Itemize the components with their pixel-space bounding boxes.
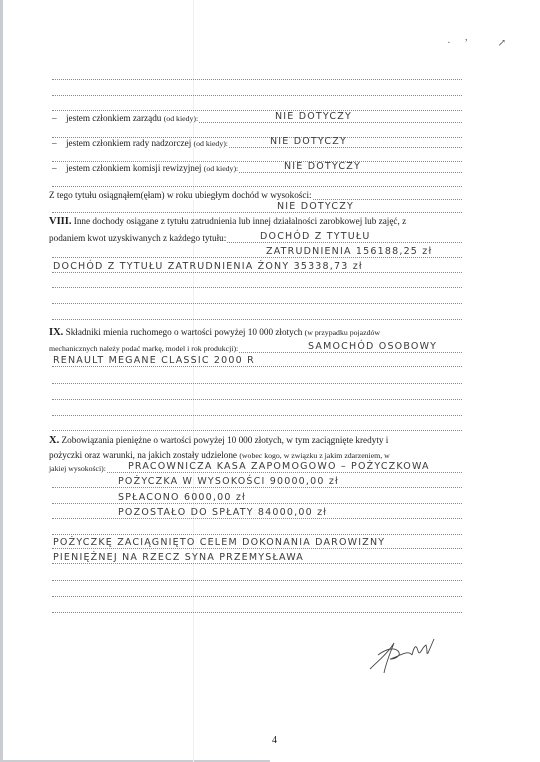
section-viii-text-1: Inne dochody osiągane z tytułu zatrudnie…	[74, 216, 406, 226]
supervisory-membership-row: –jestem członkiem rady nadzorczej (od ki…	[52, 136, 462, 150]
blank-line	[52, 388, 462, 402]
section-x-text-2: pożyczki oraz warunki, na jakich zostały…	[49, 450, 237, 460]
blank-line	[52, 419, 462, 433]
section-x-number: X.	[49, 435, 59, 446]
section-viii-answer-2: ZATRUDNIENIA 156188,25 zł	[266, 245, 432, 259]
section-ix-answer-2: RENAULT MEGANE CLASSIC 2000 R	[53, 354, 255, 368]
income-answer: NIE DOTYCZY	[277, 200, 354, 214]
blank-line	[52, 372, 462, 386]
section-ix-number: IX.	[49, 327, 63, 338]
section-ix-text-1b: (w przypadku pojazdów	[305, 328, 380, 337]
section-x-answer-1: PRACOWNICZA KASA ZAPOMOGOWO – POŻYCZKOWA	[128, 460, 430, 474]
section-viii-row-1: podaniem kwot uzyskiwanych z każdego tyt…	[52, 231, 462, 245]
income-label: Z tego tytułu osiągnąłem(ęłam) w roku ub…	[49, 190, 313, 200]
blank-line	[52, 276, 462, 290]
section-x-row-5: POŻYCZKĘ ZACIĄGNIĘTO CELEM DOKONANIA DAR…	[52, 537, 462, 551]
blank-line	[52, 569, 462, 583]
board-answer: NIE DOTYCZY	[275, 110, 352, 124]
blank-line	[52, 68, 462, 82]
blank-line	[52, 292, 462, 306]
section-x-text-2-small: (wobec kogo, w związku z jakim zdarzenie…	[239, 451, 389, 460]
section-x-answer-5: POŻYCZKĘ ZACIĄGNIĘTO CELEM DOKONANIA DAR…	[53, 536, 385, 550]
audit-note: (od kiedy):	[204, 164, 238, 173]
section-ix-answer-1: SAMOCHÓD OSOBOWY	[308, 340, 437, 354]
blank-line	[52, 585, 462, 599]
section-x-row-2: POŻYCZKA W WYSOKOŚCI 90000,00 zł	[52, 476, 462, 490]
blank-line	[52, 404, 462, 418]
audit-label: jestem członkiem komisji rewizyjnej	[66, 163, 201, 173]
blank-line	[52, 84, 462, 98]
section-viii-answer-1: DOCHÓD Z TYTUŁU	[260, 230, 371, 244]
section-ix-row-1: mechanicznych należy podać markę, model …	[52, 341, 462, 355]
section-x-row-3: SPŁACONO 6000,00 zł	[52, 492, 462, 506]
blank-line	[52, 523, 462, 537]
section-x-row-4: POZOSTAŁO DO SPŁATY 84000,00 zł	[52, 507, 462, 521]
income-answer-row: NIE DOTYCZY	[52, 201, 462, 215]
section-x-answer-2: POŻYCZKA W WYSOKOŚCI 90000,00 zł	[118, 475, 339, 489]
section-ix-heading: IX. Składniki mienia ruchomego o wartośc…	[49, 326, 459, 340]
section-x-row-1: jakiej wysokości): PRACOWNICZA KASA ZAPO…	[52, 461, 462, 475]
signature	[368, 633, 448, 673]
board-note: (od kiedy):	[164, 114, 198, 123]
section-ix-text-1: Składniki mienia ruchomego o wartości po…	[66, 327, 303, 337]
section-x-answer-4: POZOSTAŁO DO SPŁATY 84000,00 zł	[118, 506, 327, 520]
section-x-answer-3: SPŁACONO 6000,00 zł	[118, 491, 246, 505]
board-membership-row: –jestem członkiem zarządu (od kiedy): NI…	[52, 111, 462, 125]
blank-line	[52, 308, 462, 322]
audit-answer: NIE DOTYCZY	[284, 160, 361, 174]
income-row: Z tego tytułu osiągnąłem(ęłam) w roku ub…	[52, 188, 462, 202]
section-x-row-6: PIENIĘŻNEJ NA RZECZ SYNA PRZEMYSŁAWA	[52, 552, 462, 566]
section-viii-row-2: ZATRUDNIENIA 156188,25 zł	[52, 246, 462, 260]
section-x-answer-6: PIENIĘŻNEJ NA RZECZ SYNA PRZEMYSŁAWA	[53, 551, 304, 565]
section-x-heading: X. Zobowiązania pieniężne o wartości pow…	[49, 434, 459, 448]
section-ix-row-2: RENAULT MEGANE CLASSIC 2000 R	[52, 355, 462, 369]
section-viii-text-2: podaniem kwot uzyskiwanych z każdego tyt…	[49, 233, 227, 243]
section-ix-text-2: mechanicznych należy podać markę, model …	[49, 344, 239, 353]
section-viii-number: VIII.	[49, 216, 71, 227]
section-x-text-3: jakiej wysokości):	[49, 464, 107, 473]
section-viii-answer-3: DOCHÓD Z TYTUŁU ZATRUDNIENIA ŻONY 35338,…	[53, 260, 363, 274]
scan-edge-left	[0, 0, 3, 762]
supervisory-note: (od kiedy):	[194, 139, 228, 148]
section-viii-row-3: DOCHÓD Z TYTUŁU ZATRUDNIENIA ŻONY 35338,…	[52, 261, 462, 275]
blank-line	[52, 601, 462, 615]
page-number: 4	[272, 735, 277, 746]
scan-marks: ·’ ↗	[447, 38, 520, 49]
section-x-text-1: Zobowiązania pieniężne o wartości powyże…	[62, 435, 389, 445]
board-label: jestem członkiem zarządu	[66, 113, 161, 123]
section-viii-heading: VIII. Inne dochody osiągane z tytułu zat…	[49, 215, 459, 229]
supervisory-label: jestem członkiem rady nadzorczej	[66, 138, 191, 148]
blank-line	[52, 175, 462, 189]
audit-membership-row: –jestem członkiem komisji rewizyjnej (od…	[52, 161, 462, 175]
supervisory-answer: NIE DOTYCZY	[270, 135, 347, 149]
